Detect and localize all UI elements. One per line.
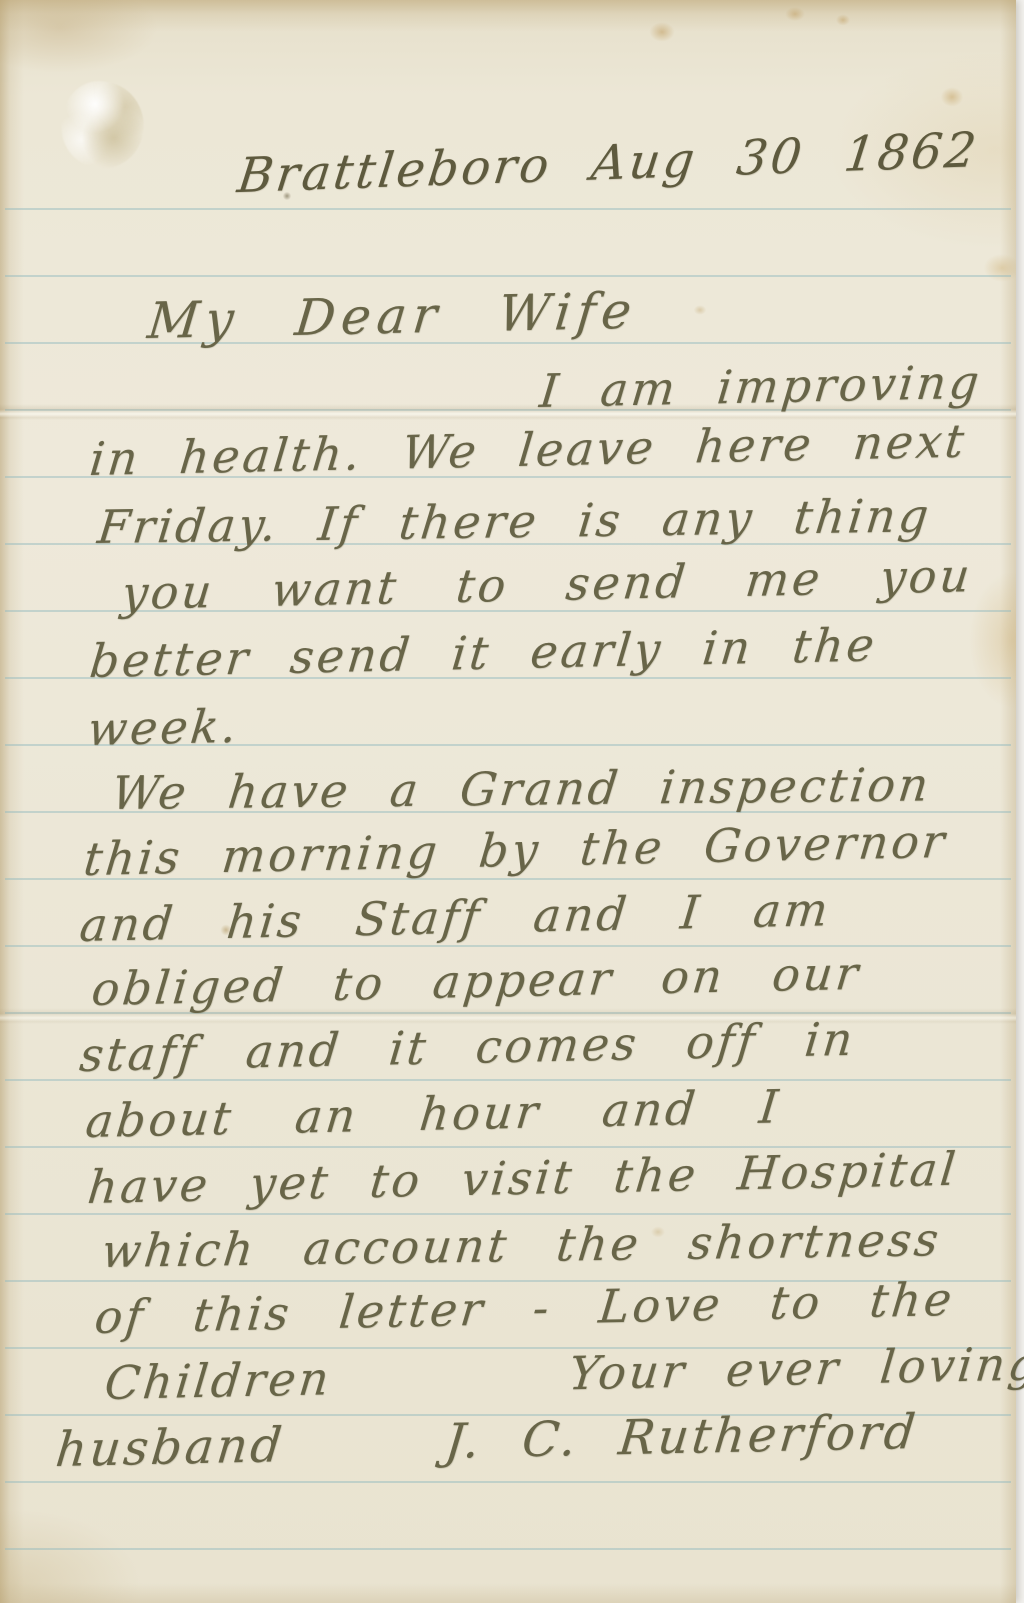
handwritten-line: We have a Grand inspection <box>109 757 934 820</box>
handwritten-line: I am improving <box>537 355 984 418</box>
letter-paper: Brattleboro Aug 30 1862 My Dear Wife I a… <box>0 0 1016 1603</box>
photo-background: Brattleboro Aug 30 1862 My Dear Wife I a… <box>0 0 1024 1603</box>
handwritten-line: week. <box>85 699 242 756</box>
handwritten-salutation: My Dear Wife <box>145 282 640 350</box>
